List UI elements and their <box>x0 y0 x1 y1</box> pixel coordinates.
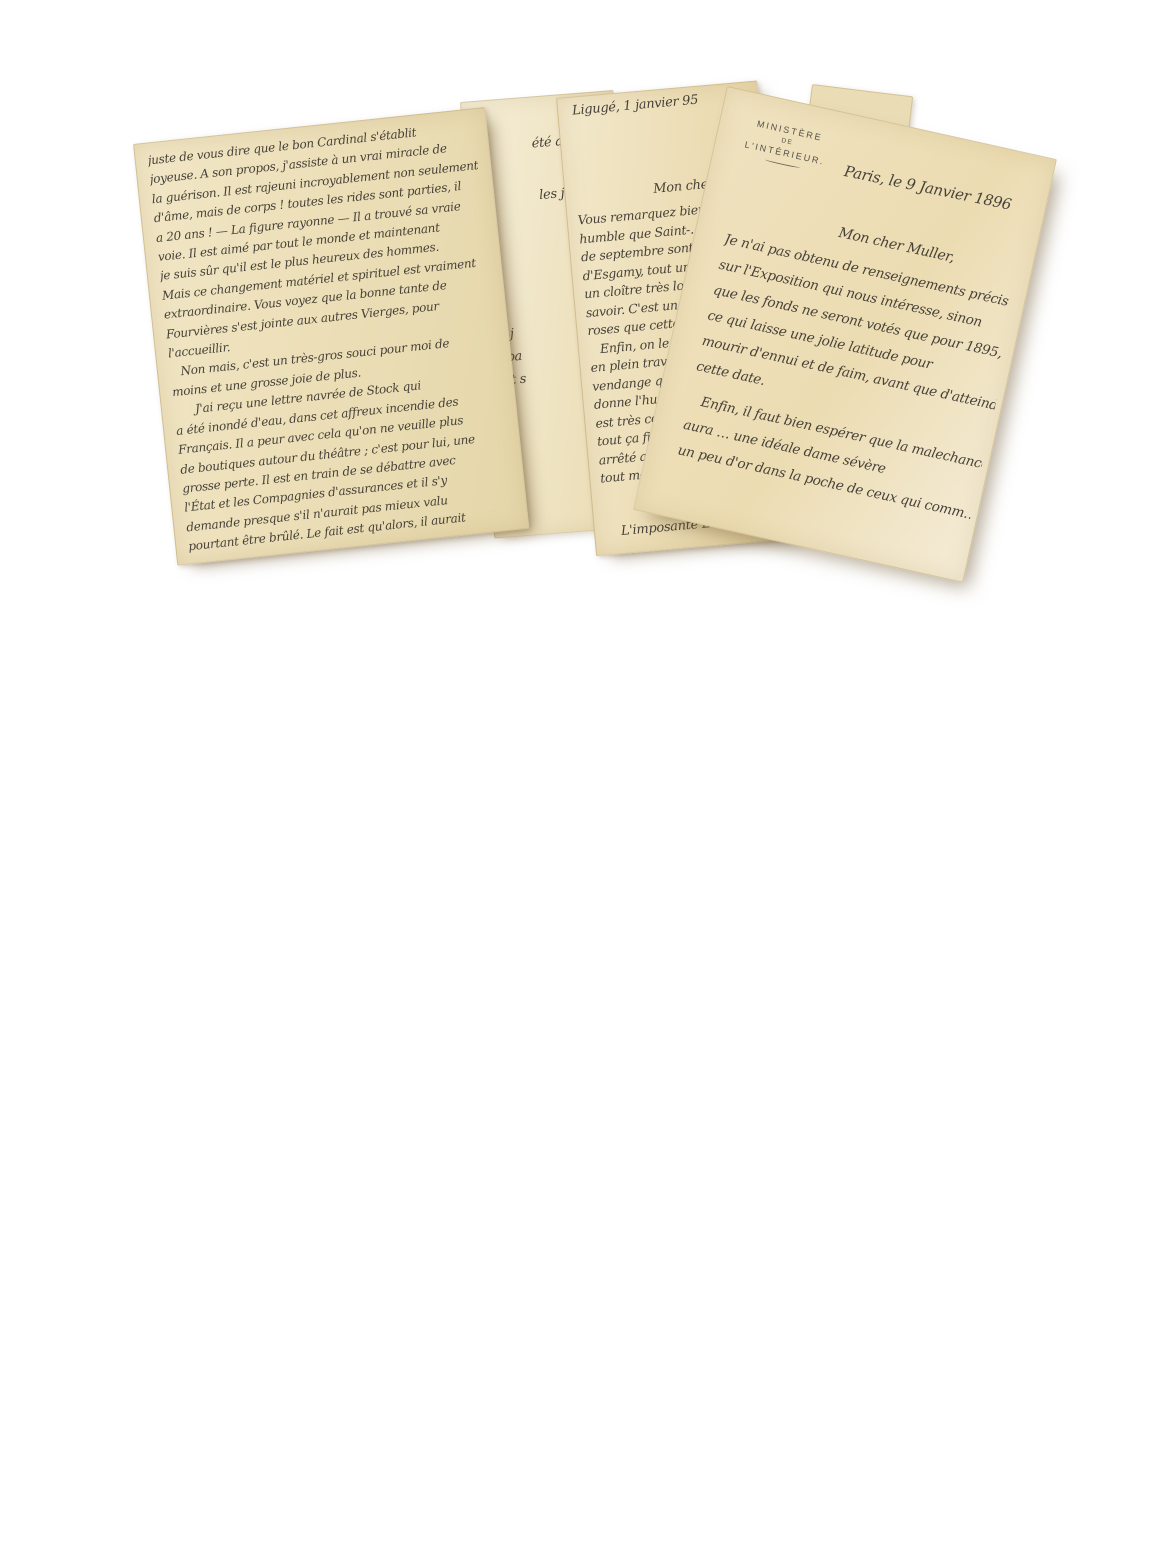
letter-dateline: Paris, le 9 Janvier 1896 <box>843 162 1013 214</box>
photograph-of-letters: été au moinsde failes journauxà mêmeA de… <box>0 0 1165 1558</box>
ministry-letter-body: Je n'ai pas obtenu de renseignements pré… <box>675 226 1020 527</box>
left-letter-body: juste de vous dire que le bon Cardinal s… <box>147 117 522 557</box>
letter-left-page: juste de vous dire que le bon Cardinal s… <box>133 107 529 566</box>
ministry-letterhead: MINISTÈRE DE L'INTÉRIEUR. <box>730 114 844 176</box>
